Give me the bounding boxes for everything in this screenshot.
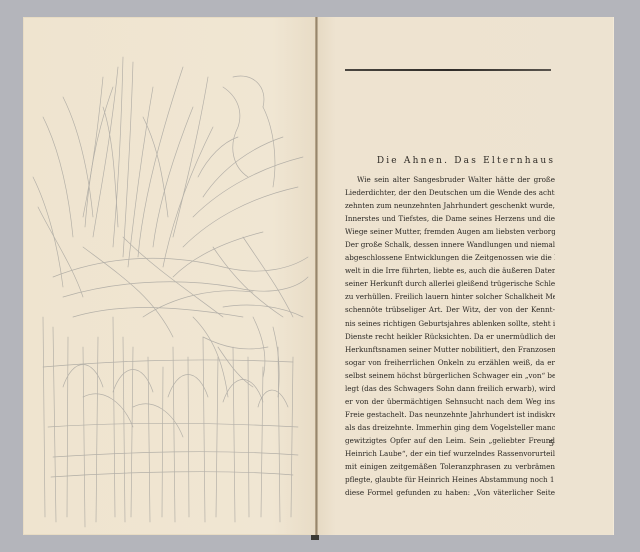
text-line: schennöte trübseliger Art. Der Witz, der… [345,303,555,316]
text-line: Dienste recht heikler Rücksichten. Da er… [345,330,555,343]
text-line: zu verhüllen. Freilich lauern hinter sol… [345,290,555,303]
text-line: sogar von freiherrlichen Onkeln zu erzäh… [345,356,555,369]
text-line: Liederdichter, der den Deutschen um die … [345,186,555,199]
text-line: Wie sein alter Sangesbruder Walter hätte… [345,173,555,186]
text-line: Freie gestachelt. Das neunzehnte Jahrhun… [345,408,555,421]
text-line: diese Formel gefunden zu haben: „Von vät… [345,486,555,499]
text-line: er von der übermächtigen Sehnsucht nach … [345,395,555,408]
text-line: Wiege seiner Mutter, fremden Augen am li… [345,225,555,238]
text-line: mit einigen zeitgemäßen Toleranzphrasen … [345,460,555,473]
right-page: Die Ahnen. Das Elternhaus Wie sein alter… [318,17,614,535]
pencil-sketch-illustration [23,17,316,535]
text-line: abgeschlossene Entwicklungen die Zeitgen… [345,251,555,264]
text-line: zehnten zum neunzehnten Jahrhundert gesc… [345,199,555,212]
chapter-title: Die Ahnen. Das Elternhaus [318,156,614,166]
left-page [23,17,316,535]
text-line: legt (das des Schwagers Sohn dann freili… [345,382,555,395]
text-line: welt in die Irre führten, liebte es, auc… [345,264,555,277]
header-rule [345,69,551,71]
bookmark-tab [311,535,319,540]
text-line: nis seines richtigen Geburtsjahres ablen… [345,317,555,330]
page-number: 5 [542,439,554,448]
text-line: seiner Herkunft durch allerlei gleißend … [345,277,555,290]
text-line: Herkunftsnamen seiner Mutter nobilitiert… [345,343,555,356]
text-line: Innerstes und Tiefstes, die Dame seines … [345,212,555,225]
text-line: als das dreizehnte. Immerhin ging dem Vo… [345,421,555,434]
text-line: Heinrich Laube“, der ein tief wurzelndes… [345,447,555,460]
body-text: Wie sein alter Sangesbruder Walter hätte… [345,173,555,499]
text-line: selbst seinem höchst bürgerlichen Schwag… [345,369,555,382]
text-line: Der große Schalk, dessen innere Wandlung… [345,238,555,251]
text-line: pflegte, glaubte für Heinrich Heines Abs… [345,473,555,486]
text-line: gewitzigtes Opfer auf den Leim. Sein „ge… [345,434,555,447]
